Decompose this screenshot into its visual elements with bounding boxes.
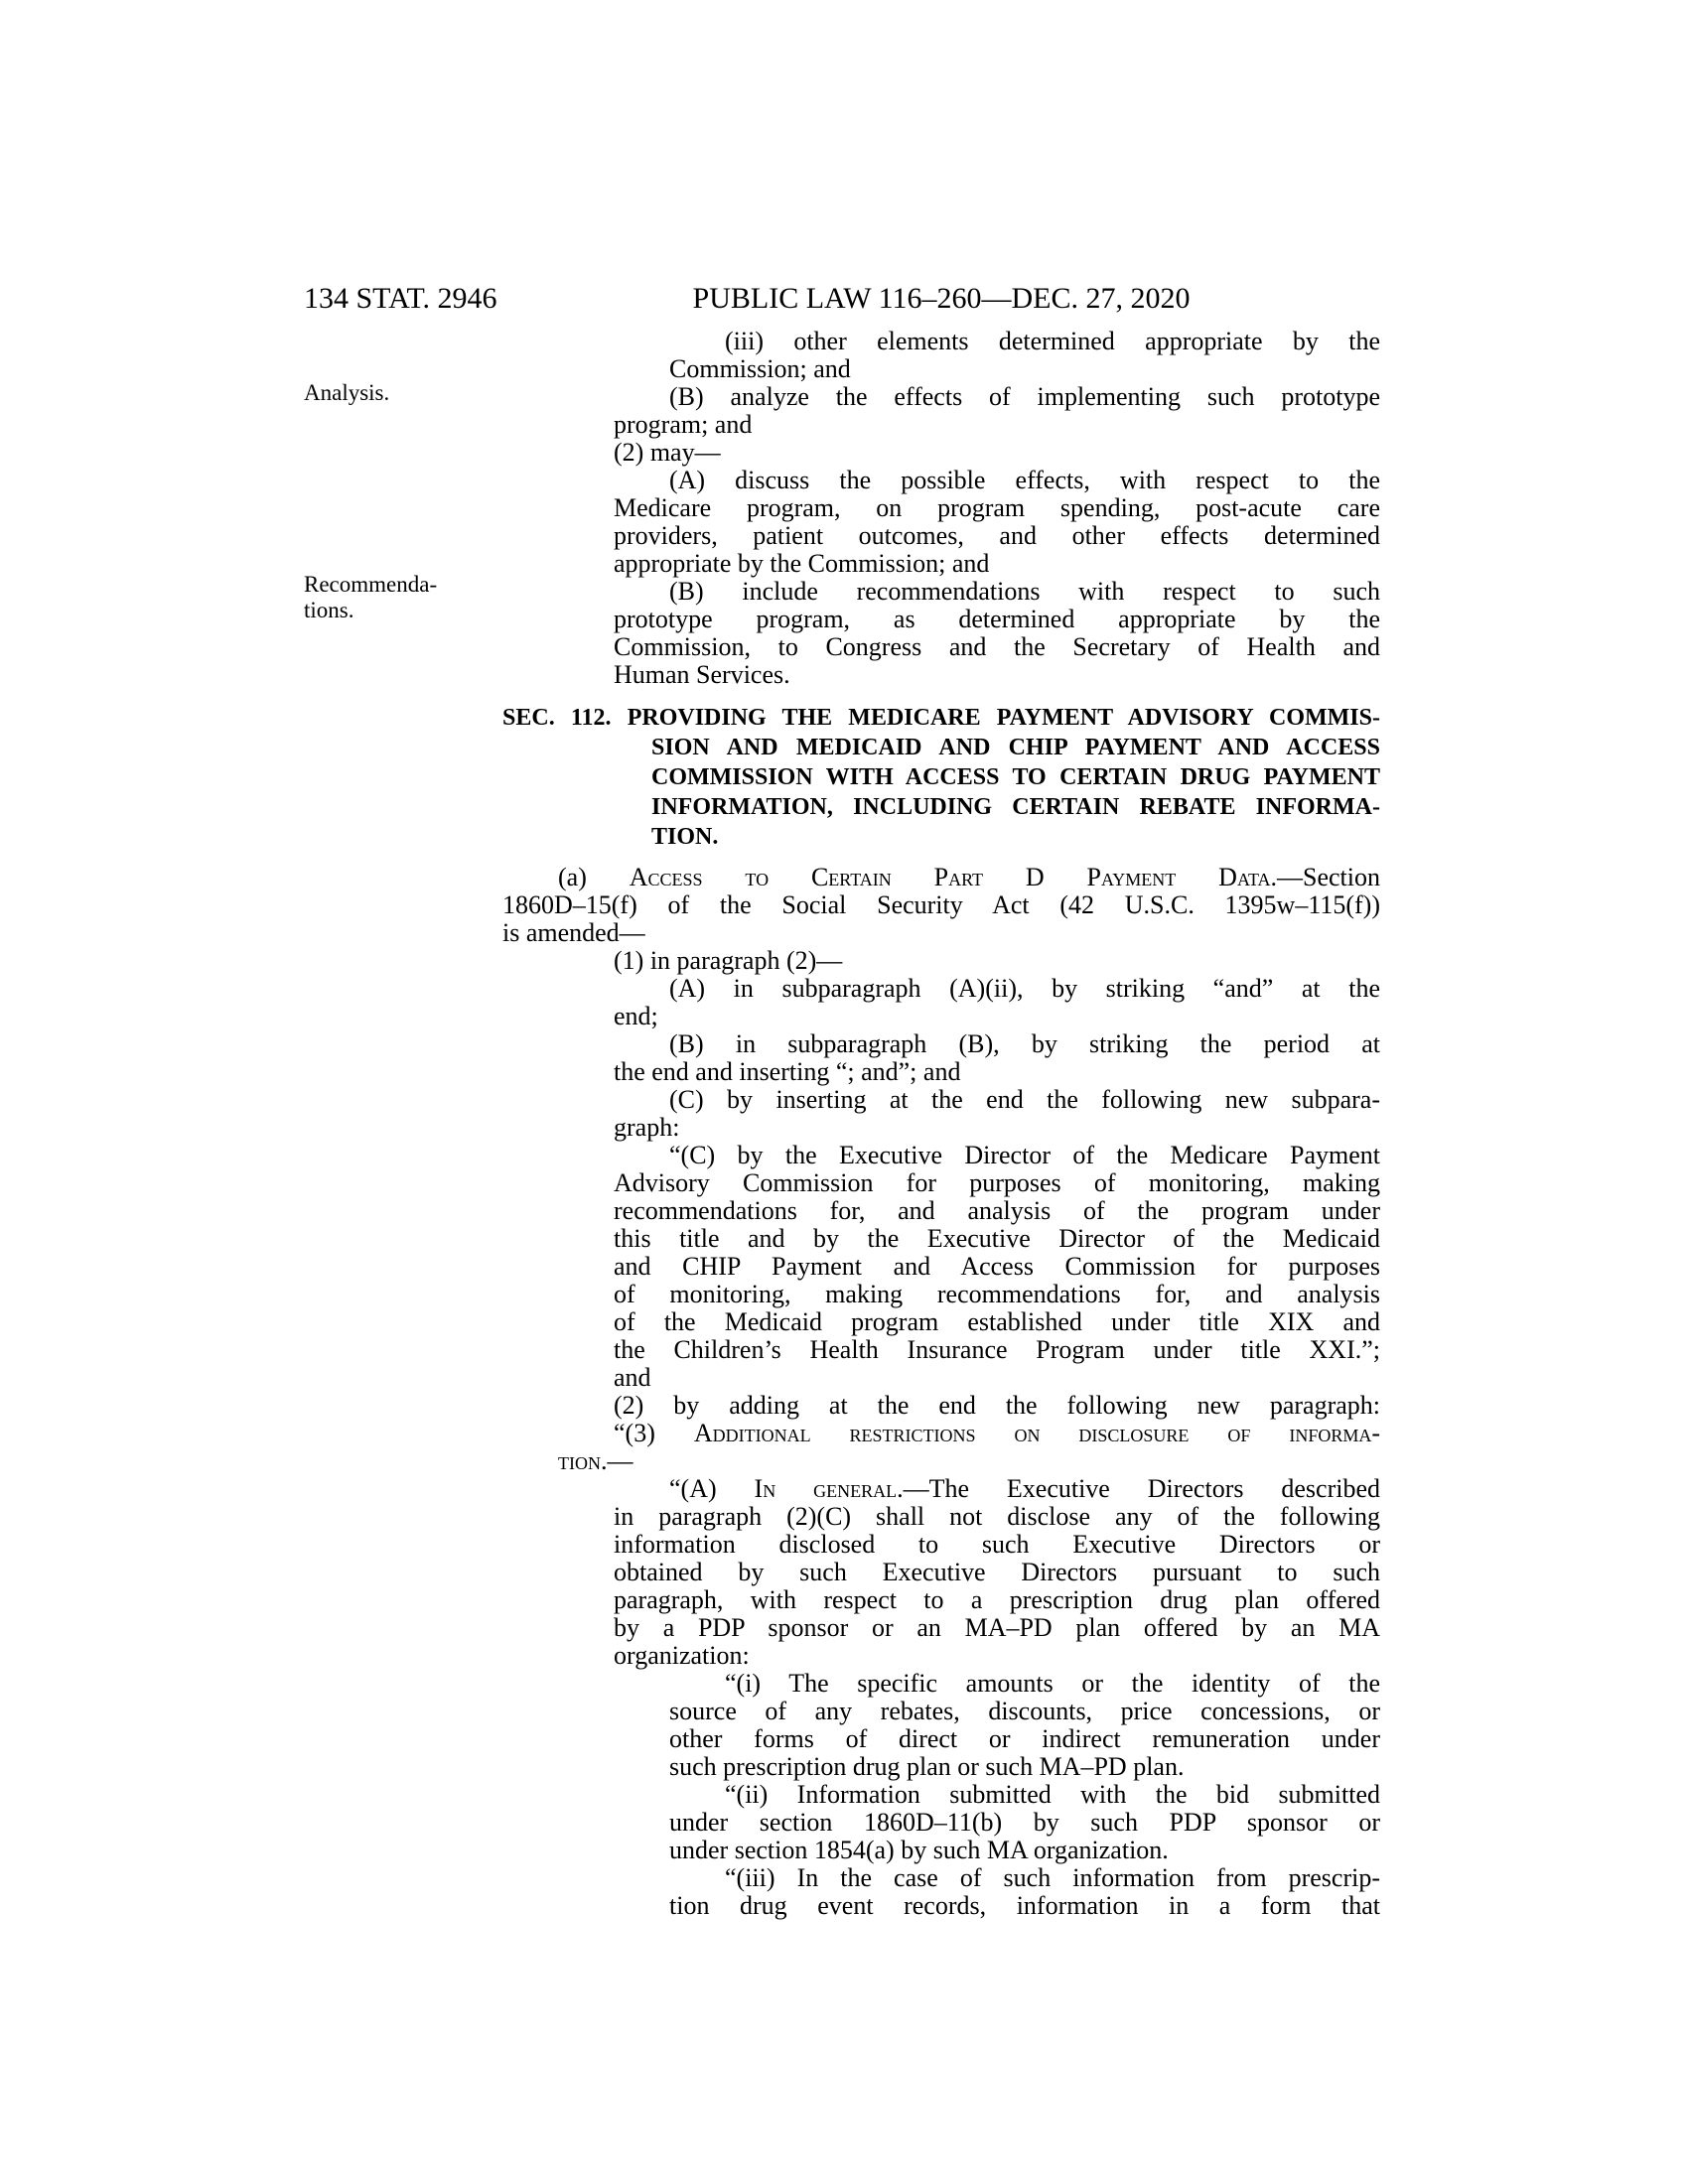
text-run: graph: bbox=[614, 1113, 679, 1142]
text-line: SEC. 112. PROVIDING THE MEDICARE PAYMENT… bbox=[502, 703, 1380, 733]
text-line: (2) by adding at the end the following n… bbox=[614, 1392, 1380, 1420]
text-run: 1860D–15(f) of the Social Security Act (… bbox=[502, 890, 1380, 919]
text-line: “(iii) In the case of such information f… bbox=[725, 1864, 1380, 1892]
text-run: and bbox=[614, 1363, 651, 1392]
text-line: graph: bbox=[614, 1114, 1380, 1142]
text-line: (a) Access to Certain Part D Payment Dat… bbox=[558, 864, 1380, 891]
text-run: “(A) bbox=[669, 1474, 755, 1503]
text-line: (C) by inserting at the end the followin… bbox=[669, 1086, 1380, 1114]
text-line: (1) in paragraph (2)— bbox=[614, 947, 1380, 975]
text-run: .—Section bbox=[1271, 863, 1381, 891]
text-run: SEC. 112. PROVIDING THE MEDICARE PAYMENT… bbox=[502, 705, 1380, 731]
text-line: and CHIP Payment and Access Commission f… bbox=[614, 1253, 1380, 1281]
statute-paragraph: (B) include recommendations with respect… bbox=[502, 578, 1380, 689]
text-run: and CHIP Payment and Access Commission f… bbox=[614, 1252, 1380, 1281]
text-run: SION AND MEDICAID AND CHIP PAYMENT AND A… bbox=[651, 735, 1380, 760]
text-run: the end and inserting “; and”; and bbox=[614, 1057, 960, 1086]
text-run: Human Services. bbox=[614, 660, 790, 689]
text-line: INFORMATION, INCLUDING CERTAIN REBATE IN… bbox=[651, 792, 1380, 822]
text-run: under section 1860D–11(b) by such PDP sp… bbox=[669, 1808, 1380, 1837]
text-line: source of any rebates, discounts, price … bbox=[669, 1698, 1380, 1725]
text-line: Advisory Commission for purposes of moni… bbox=[614, 1169, 1380, 1197]
text-run: (iii) other elements determined appropri… bbox=[725, 327, 1380, 355]
text-run: Advisory Commission for purposes of moni… bbox=[614, 1168, 1380, 1197]
margin-note-line: tions. bbox=[304, 598, 437, 623]
text-run: Commission, to Congress and the Secretar… bbox=[614, 632, 1380, 661]
statute-paragraph: (C) by inserting at the end the followin… bbox=[502, 1086, 1380, 1142]
text-line: Human Services. bbox=[614, 661, 1380, 689]
text-line: the Children’s Health Insurance Program … bbox=[614, 1336, 1380, 1364]
text-line: (A) in subparagraph (A)(ii), by striking… bbox=[669, 975, 1380, 1003]
text-run: is amended— bbox=[502, 918, 645, 947]
statute-paragraph: “(i) The specific amounts or the identit… bbox=[502, 1670, 1380, 1781]
text-line: organization: bbox=[614, 1642, 1380, 1670]
text-line: tion drug event records, information in … bbox=[669, 1892, 1380, 1920]
text-run: Medicare program, on program spending, p… bbox=[614, 493, 1380, 522]
statute-paragraph: (iii) other elements determined appropri… bbox=[502, 328, 1380, 383]
statute-paragraph: (1) in paragraph (2)— bbox=[502, 947, 1380, 975]
text-line: paragraph, with respect to a prescriptio… bbox=[614, 1586, 1380, 1614]
text-line: “(A) In general.—The Executive Directors… bbox=[669, 1475, 1380, 1503]
text-line: by a PDP sponsor or an MA–PD plan offere… bbox=[614, 1614, 1380, 1642]
text-run: tion.— bbox=[558, 1446, 633, 1475]
text-run: program; and bbox=[614, 410, 752, 439]
text-line: information disclosed to such Executive … bbox=[614, 1531, 1380, 1559]
text-run: (C) by inserting at the end the followin… bbox=[669, 1085, 1380, 1114]
text-run: (1) in paragraph (2)— bbox=[614, 946, 842, 975]
statute-paragraph: “(3) Additional restrictions on disclosu… bbox=[502, 1420, 1380, 1475]
section-heading: SEC. 112. PROVIDING THE MEDICARE PAYMENT… bbox=[502, 703, 1380, 852]
text-run: of monitoring, making recommendations fo… bbox=[614, 1280, 1380, 1308]
text-run: of the Medicaid program established unde… bbox=[614, 1307, 1380, 1336]
margin-note-line: Analysis. bbox=[304, 380, 389, 406]
text-line: Commission, to Congress and the Secretar… bbox=[614, 633, 1380, 661]
text-line: SION AND MEDICAID AND CHIP PAYMENT AND A… bbox=[651, 733, 1380, 762]
statute-paragraph: “(ii) Information submitted with the bid… bbox=[502, 1781, 1380, 1864]
text-run: source of any rebates, discounts, price … bbox=[669, 1697, 1380, 1725]
text-run: under section 1854(a) by such MA organiz… bbox=[669, 1836, 1169, 1864]
text-line: in paragraph (2)(C) shall not disclose a… bbox=[614, 1503, 1380, 1531]
text-run: (a) bbox=[558, 863, 630, 891]
text-line: providers, patient outcomes, and other e… bbox=[614, 522, 1380, 550]
text-run: (A) discuss the possible effects, with r… bbox=[669, 466, 1380, 494]
statute-paragraph: (B) in subparagraph (B), by striking the… bbox=[502, 1030, 1380, 1086]
text-run: this title and by the Executive Director… bbox=[614, 1224, 1380, 1253]
text-line: 1860D–15(f) of the Social Security Act (… bbox=[502, 891, 1380, 919]
text-run: “(iii) In the case of such information f… bbox=[725, 1863, 1380, 1892]
statute-paragraph: “(C) by the Executive Director of the Me… bbox=[502, 1142, 1380, 1392]
text-line: obtained by such Executive Directors pur… bbox=[614, 1559, 1380, 1586]
text-line: program; and bbox=[614, 411, 1380, 439]
text-line: is amended— bbox=[502, 919, 1380, 947]
text-run: by a PDP sponsor or an MA–PD plan offere… bbox=[614, 1613, 1380, 1642]
statute-paragraph: “(A) In general.—The Executive Directors… bbox=[502, 1475, 1380, 1670]
text-line: (B) include recommendations with respect… bbox=[669, 578, 1380, 606]
text-line: “(ii) Information submitted with the bid… bbox=[725, 1781, 1380, 1809]
text-line: “(C) by the Executive Director of the Me… bbox=[669, 1142, 1380, 1169]
text-line: appropriate by the Commission; and bbox=[614, 550, 1380, 578]
text-run: TION. bbox=[651, 824, 718, 850]
text-run: (B) analyze the effects of implementing … bbox=[669, 382, 1380, 411]
text-line: Commission; and bbox=[669, 355, 1380, 383]
text-line: under section 1860D–11(b) by such PDP sp… bbox=[669, 1809, 1380, 1837]
text-run: Additional restrictions on disclosure of… bbox=[694, 1419, 1380, 1447]
text-run: appropriate by the Commission; and bbox=[614, 549, 989, 578]
text-run: paragraph, with respect to a prescriptio… bbox=[614, 1585, 1380, 1614]
text-line: the end and inserting “; and”; and bbox=[614, 1058, 1380, 1086]
margin-note-line: Recommenda- bbox=[304, 572, 437, 598]
statute-paragraph: (A) in subparagraph (A)(ii), by striking… bbox=[502, 975, 1380, 1030]
text-run: obtained by such Executive Directors pur… bbox=[614, 1558, 1380, 1586]
text-line: tion.— bbox=[558, 1447, 1380, 1475]
text-line: other forms of direct or indirect remune… bbox=[669, 1725, 1380, 1753]
text-line: such prescription drug plan or such MA–P… bbox=[669, 1753, 1380, 1781]
text-run: (2) may— bbox=[614, 438, 721, 467]
statute-paragraph: (B) analyze the effects of implementing … bbox=[502, 383, 1380, 439]
text-line: (B) analyze the effects of implementing … bbox=[669, 383, 1380, 411]
text-run: COMMISSION WITH ACCESS TO CERTAIN DRUG P… bbox=[651, 764, 1380, 790]
text-line: end; bbox=[614, 1003, 1380, 1030]
text-line: (iii) other elements determined appropri… bbox=[725, 328, 1380, 355]
text-line: prototype program, as determined appropr… bbox=[614, 606, 1380, 633]
statute-paragraph: (2) by adding at the end the following n… bbox=[502, 1392, 1380, 1420]
text-run: prototype program, as determined appropr… bbox=[614, 605, 1380, 633]
text-run: (2) by adding at the end the following n… bbox=[614, 1391, 1380, 1420]
statute-body: (iii) other elements determined appropri… bbox=[502, 328, 1380, 1920]
margin-note: Analysis. bbox=[304, 380, 389, 406]
law-title: PUBLIC LAW 116–260—DEC. 27, 2020 bbox=[502, 282, 1380, 316]
statute-paragraph: (A) discuss the possible effects, with r… bbox=[502, 467, 1380, 578]
text-run: “(ii) Information submitted with the bid… bbox=[725, 1780, 1380, 1809]
text-line: of the Medicaid program established unde… bbox=[614, 1308, 1380, 1336]
text-line: “(i) The specific amounts or the identit… bbox=[725, 1670, 1380, 1698]
text-line: COMMISSION WITH ACCESS TO CERTAIN DRUG P… bbox=[651, 762, 1380, 792]
statute-paragraph: “(iii) In the case of such information f… bbox=[502, 1864, 1380, 1920]
statute-paragraph: (a) Access to Certain Part D Payment Dat… bbox=[502, 864, 1380, 947]
statute-paragraph: (2) may— bbox=[502, 439, 1380, 467]
text-line: under section 1854(a) by such MA organiz… bbox=[669, 1837, 1380, 1864]
text-run: (B) include recommendations with respect… bbox=[669, 577, 1380, 606]
text-run: recommendations for, and analysis of the… bbox=[614, 1196, 1380, 1225]
text-line: and bbox=[614, 1364, 1380, 1392]
text-run: in paragraph (2)(C) shall not disclose a… bbox=[614, 1502, 1380, 1531]
text-line: (B) in subparagraph (B), by striking the… bbox=[669, 1030, 1380, 1058]
text-line: TION. bbox=[651, 822, 1380, 852]
text-run: (A) in subparagraph (A)(ii), by striking… bbox=[669, 974, 1380, 1003]
text-run: In general bbox=[755, 1474, 898, 1503]
text-run: INFORMATION, INCLUDING CERTAIN REBATE IN… bbox=[651, 794, 1380, 820]
text-line: this title and by the Executive Director… bbox=[614, 1225, 1380, 1253]
text-line: of monitoring, making recommendations fo… bbox=[614, 1281, 1380, 1308]
text-line: recommendations for, and analysis of the… bbox=[614, 1197, 1380, 1225]
text-run: “(C) by the Executive Director of the Me… bbox=[669, 1141, 1380, 1169]
margin-note: Recommenda-tions. bbox=[304, 572, 437, 623]
text-run: (B) in subparagraph (B), by striking the… bbox=[669, 1029, 1380, 1058]
text-run: Access to Certain Part D Payment Data bbox=[630, 863, 1271, 891]
text-run: such prescription drug plan or such MA–P… bbox=[669, 1752, 1184, 1781]
text-run: .—The Executive Directors described bbox=[897, 1474, 1380, 1503]
text-line: (A) discuss the possible effects, with r… bbox=[669, 467, 1380, 494]
text-line: Medicare program, on program spending, p… bbox=[614, 494, 1380, 522]
text-run: other forms of direct or indirect remune… bbox=[669, 1724, 1380, 1753]
text-run: information disclosed to such Executive … bbox=[614, 1530, 1380, 1559]
text-run: tion drug event records, information in … bbox=[669, 1891, 1380, 1920]
statute-page: 134 STAT. 2946 PUBLIC LAW 116–260—DEC. 2… bbox=[0, 0, 1688, 2184]
text-run: “(i) The specific amounts or the identit… bbox=[725, 1669, 1380, 1698]
text-run: organization: bbox=[614, 1641, 750, 1670]
text-line: “(3) Additional restrictions on disclosu… bbox=[614, 1420, 1380, 1447]
text-run: Commission; and bbox=[669, 354, 851, 383]
text-run: end; bbox=[614, 1002, 658, 1030]
stat-page-number: 134 STAT. 2946 bbox=[304, 282, 497, 316]
text-run: the Children’s Health Insurance Program … bbox=[614, 1335, 1380, 1364]
text-line: (2) may— bbox=[614, 439, 1380, 467]
text-run: providers, patient outcomes, and other e… bbox=[614, 521, 1380, 550]
text-run: “(3) bbox=[614, 1419, 694, 1447]
